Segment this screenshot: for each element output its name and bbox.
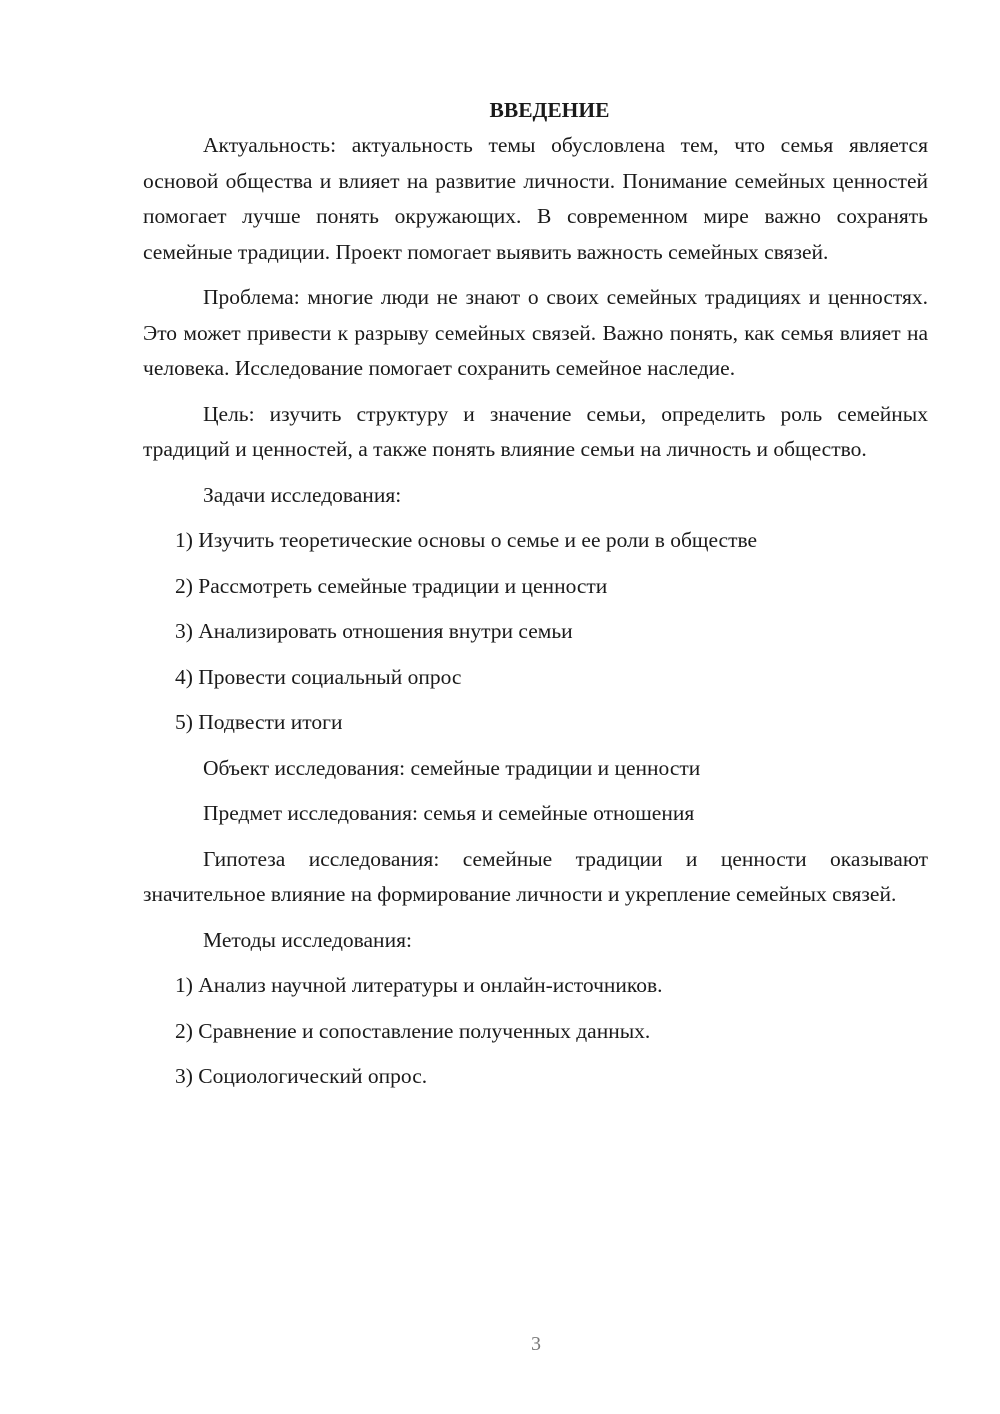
- method-item: 1) Анализ научной литературы и онлайн-ис…: [143, 968, 928, 1004]
- method-item: 3) Социологический опрос.: [143, 1059, 928, 1095]
- hypothesis-paragraph: Гипотеза исследования: семейные традиции…: [143, 842, 928, 913]
- page-number: 3: [0, 1333, 1000, 1356]
- task-item: 2) Рассмотреть семейные традиции и ценно…: [143, 569, 928, 605]
- goal-paragraph: Цель: изучить структуру и значение семьи…: [143, 397, 928, 468]
- task-item: 3) Анализировать отношения внутри семьи: [143, 614, 928, 650]
- task-item: 4) Провести социальный опрос: [143, 660, 928, 696]
- object-line: Объект исследования: семейные традиции и…: [143, 751, 928, 787]
- subject-line: Предмет исследования: семья и семейные о…: [143, 796, 928, 832]
- relevance-paragraph: Актуальность: актуальность темы обусловл…: [143, 128, 928, 270]
- document-page: ВВЕДЕНИЕ Актуальность: актуальность темы…: [0, 0, 1000, 1414]
- problem-paragraph: Проблема: многие люди не знают о своих с…: [143, 280, 928, 387]
- task-item: 5) Подвести итоги: [143, 705, 928, 741]
- page-content: ВВЕДЕНИЕ Актуальность: актуальность темы…: [143, 93, 928, 1105]
- methods-heading: Методы исследования:: [143, 923, 928, 959]
- section-title: ВВЕДЕНИЕ: [143, 93, 928, 128]
- tasks-heading: Задачи исследования:: [143, 478, 928, 514]
- task-item: 1) Изучить теоретические основы о семье …: [143, 523, 928, 559]
- methods-list: 1) Анализ научной литературы и онлайн-ис…: [143, 968, 928, 1095]
- tasks-list: 1) Изучить теоретические основы о семье …: [143, 523, 928, 741]
- method-item: 2) Сравнение и сопоставление полученных …: [143, 1014, 928, 1050]
